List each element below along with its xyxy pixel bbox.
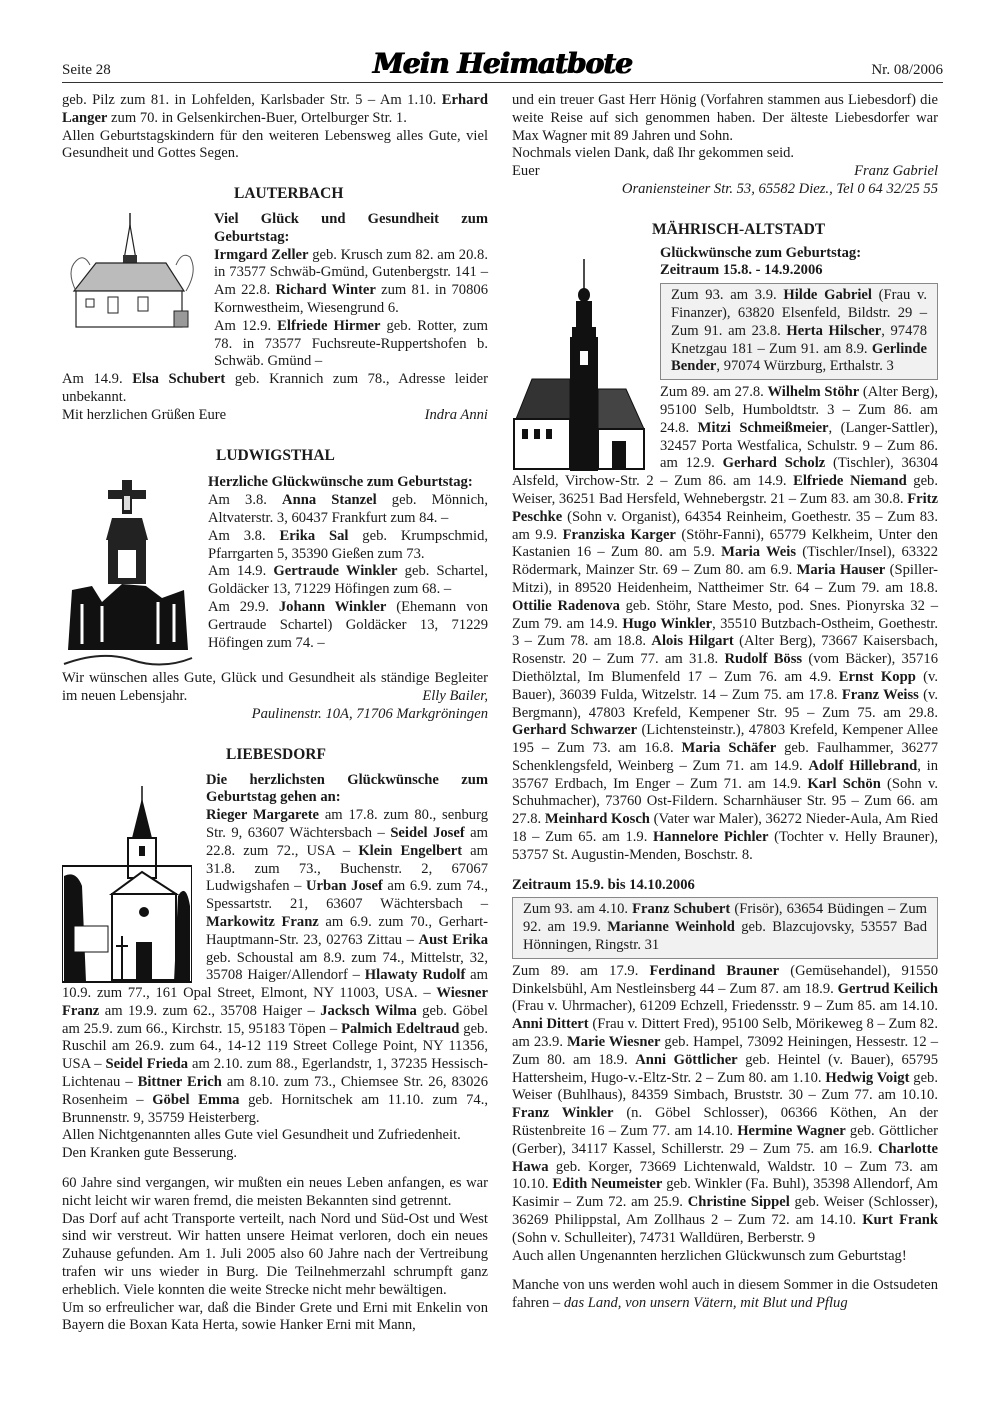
signature-address: Paulinenstr. 10A, 71706 Markgröningen: [62, 706, 488, 724]
intro-paragraph: geb. Pilz zum 81. in Lohfelden, Karlsbad…: [62, 92, 488, 128]
outro-paragraph: Manche von uns werden wohl auch in diese…: [512, 1277, 938, 1313]
town-church-tower-drawing-icon: [512, 259, 646, 471]
village-church-drawing-icon: [62, 786, 192, 984]
signature: Elly Bailer,: [422, 688, 488, 706]
section-lauterbach: LAUTERBACH: [62, 185, 488, 424]
closing-text: Mit herzlichen Grüßen Eure: [62, 407, 226, 425]
section-title: LAUTERBACH: [234, 185, 488, 203]
right-column: und ein treuer Gast Herr Hönig (Vorfahre…: [512, 92, 938, 1313]
signature: Franz Gabriel: [854, 163, 938, 181]
masthead-logo: Mein Heimatbote: [373, 47, 632, 80]
wayside-cross-drawing-icon: [62, 474, 194, 670]
section-ludwigsthal: LUDWIGSTHAL Herzliche Glüc: [62, 447, 488, 724]
intro-closing: Allen Geburtstagskindern für den weitere…: [62, 128, 488, 164]
page-header: Seite 28 Mein Heimatbote Nr. 08/2006: [62, 40, 943, 83]
issue-number: Nr. 08/2006: [871, 62, 943, 79]
signature-address: Oraniensteiner Str. 53, 65582 Diez., Tel…: [512, 181, 938, 199]
section-title: MÄHRISCH-ALTSTADT: [652, 221, 938, 239]
signature-line: Euer Franz Gabriel: [512, 163, 938, 181]
thanks-line: Nochmals vielen Dank, daß Ihr gekommen s…: [512, 145, 938, 163]
newspaper-page: Seite 28 Mein Heimatbote Nr. 08/2006 geb…: [62, 40, 943, 83]
chapel-drawing-icon: [62, 211, 202, 355]
story-paragraph: Das Dorf auf acht Transporte verteilt, n…: [62, 1211, 488, 1300]
section-maehrisch-altstadt: MÄHRISCH-ALTSTADT: [512, 221, 938, 1266]
left-column: geb. Pilz zum 81. in Lohfelden, Karlsbad…: [62, 92, 488, 1335]
section-closing-1: Allen Nichtgenannten alles Gute viel Ges…: [62, 1127, 488, 1145]
section-title: LIEBESDORF: [226, 746, 488, 764]
section-closing: Auch allen Ungenannten herzlichen Glückw…: [512, 1248, 938, 1266]
signature: Indra Anni: [425, 407, 488, 425]
section-closing-2: Den Kranken gute Besserung.: [62, 1145, 488, 1163]
section-closing: Wir wünschen alles Gute, Glück und Gesun…: [62, 670, 488, 706]
signature-line: Mit herzlichen Grüßen Eure Indra Anni: [62, 407, 488, 425]
section-liebesdorf: LIEBESDORF: [62, 746, 488, 1163]
story-paragraph: 60 Jahre sind vergangen, wir mußten ein …: [62, 1175, 488, 1211]
story-paragraph: Um so erfreulicher war, daß die Binder G…: [62, 1300, 488, 1336]
period-heading: Zeitraum 15.9. bis 14.10.2006: [512, 877, 938, 895]
section-body: Zum 89. am 17.9. Ferdinand Brauner (Gemü…: [512, 963, 938, 1248]
reunion-story: 60 Jahre sind vergangen, wir mußten ein …: [62, 1175, 488, 1335]
story-continuation: und ein treuer Gast Herr Hönig (Vorfahre…: [512, 92, 938, 145]
page-number: Seite 28: [62, 62, 111, 79]
highlight-box: Zum 93. am 3.9. Hilde Gabriel (Frau v. F…: [660, 283, 938, 380]
highlight-box: Zum 93. am 4.10. Franz Schubert (Frisör)…: [512, 897, 938, 958]
section-title: LUDWIGSTHAL: [216, 447, 488, 465]
closing-text: Euer: [512, 163, 540, 181]
